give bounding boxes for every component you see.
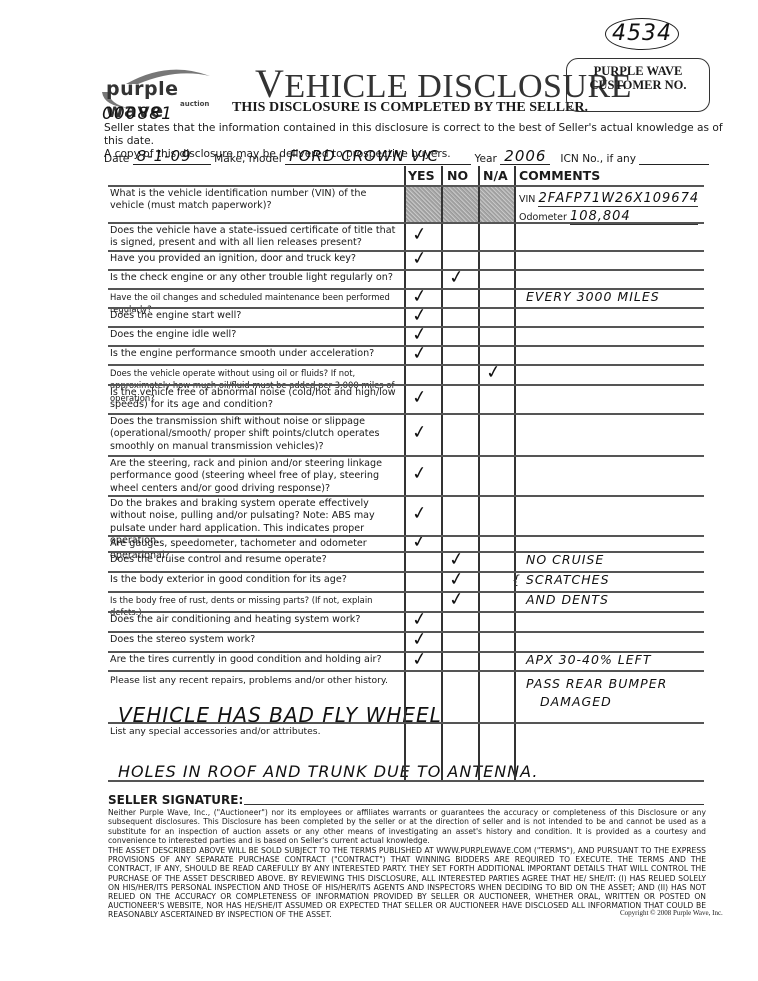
question-text: Are the steering, rack and pinion and/or… [110, 458, 400, 495]
row-divider [108, 670, 704, 672]
vehicle-info-line: Date 8-1-09 Make, model FORD CROWN VIC Y… [104, 150, 724, 168]
answer-cell-no[interactable] [441, 288, 478, 307]
row-divider [108, 345, 704, 347]
accessories-value[interactable]: HOLES IN ROOF AND TRUNK DUE TO ANTENNA. [118, 762, 538, 781]
question-text: Is the vehicle free of abnormal noise (c… [110, 387, 400, 412]
subtitle: THIS DISCLOSURE IS COMPLETED BY THE SELL… [232, 100, 588, 116]
row-divider [108, 571, 704, 573]
disclaimer-paragraph: Neither Purple Wave, Inc., ("Auctioneer"… [108, 808, 706, 845]
answer-cell-yes[interactable] [404, 222, 441, 250]
answer-cell-na[interactable] [478, 288, 514, 307]
answer-cell-no[interactable] [441, 345, 478, 364]
answer-cell-na[interactable] [478, 250, 514, 269]
row-divider [108, 326, 704, 328]
row-divider [108, 455, 704, 457]
row-divider [108, 413, 704, 415]
header-comments: COMMENTS [519, 168, 600, 185]
row-divider [108, 631, 704, 633]
answer-cell-yes[interactable] [404, 535, 441, 551]
answer-cell-no[interactable] [441, 384, 478, 413]
answer-cell-no[interactable] [441, 222, 478, 250]
date-field[interactable]: 8-1-09 [133, 150, 211, 165]
repairs-comment-line1: PASS REAR BUMPER [526, 676, 667, 691]
row-divider [108, 651, 704, 653]
row-divider [108, 722, 704, 724]
answer-cell-na[interactable] [478, 631, 514, 651]
answer-cell-no[interactable] [441, 455, 478, 495]
row-divider [108, 288, 704, 290]
accessories-label: List any special accessories and/or attr… [110, 726, 400, 738]
answer-cell-no[interactable] [441, 495, 478, 535]
row-divider [108, 269, 704, 271]
icn-label: ICN No., if any [560, 153, 636, 165]
question-text: Does the engine idle well? [110, 329, 400, 341]
answer-cell-yes[interactable] [404, 495, 441, 535]
column-divider [478, 166, 480, 780]
answer-cell-yes[interactable] [404, 250, 441, 269]
answer-cell-na[interactable] [478, 591, 514, 611]
copyright: Copyright © 2008 Purple Wave, Inc. [620, 909, 723, 917]
answer-cell-na[interactable] [478, 455, 514, 495]
answer-cell-yes[interactable] [404, 455, 441, 495]
answer-cell-na[interactable] [478, 384, 514, 413]
comment-text[interactable]: { SCRATCHES [512, 572, 610, 587]
answer-cell-yes[interactable] [404, 364, 441, 384]
answer-cell-yes[interactable] [404, 651, 441, 670]
answer-cell-no[interactable] [441, 631, 478, 651]
answer-cell-na[interactable] [478, 326, 514, 345]
question-text: What is the vehicle identification numbe… [110, 188, 400, 213]
answer-cell-na[interactable] [478, 495, 514, 535]
question-text: Does the cruise control and resume opera… [110, 554, 400, 566]
question-text: Does the air conditioning and heating sy… [110, 614, 400, 626]
question-text: Does the stereo system work? [110, 634, 400, 646]
shaded-cells [405, 186, 514, 222]
year-field[interactable]: 2006 [500, 150, 550, 165]
column-divider [404, 166, 406, 780]
answer-cell-na[interactable] [478, 611, 514, 631]
repairs-label: Please list any recent repairs, problems… [110, 675, 400, 687]
answer-cell-na[interactable] [478, 651, 514, 670]
answer-cell-na[interactable] [478, 269, 514, 288]
question-text: Does the vehicle have a state-issued cer… [110, 225, 400, 250]
vin-field[interactable]: VIN 2FAFP71W26X109674 [519, 191, 698, 207]
answer-cell-yes[interactable] [404, 571, 441, 591]
answer-cell-no[interactable] [441, 413, 478, 455]
answer-cell-yes[interactable] [404, 413, 441, 455]
year-label: Year [474, 153, 496, 165]
answer-cell-na[interactable] [478, 413, 514, 455]
answer-cell-no[interactable] [441, 611, 478, 631]
header-yes: YES [408, 168, 435, 185]
column-divider [514, 166, 516, 780]
make-label: Make, model [214, 153, 282, 165]
answer-cell-no[interactable] [441, 326, 478, 345]
answer-cell-no[interactable] [441, 307, 478, 326]
terms-paragraph: THE ASSET DESCRIBED ABOVE WILL BE SOLD S… [108, 846, 706, 920]
row-divider [108, 495, 704, 497]
answer-cell-na[interactable] [478, 307, 514, 326]
answer-cell-na[interactable] [478, 364, 514, 384]
row-divider [108, 535, 704, 537]
logo-subtext: auction [180, 100, 209, 108]
icn-field[interactable] [639, 150, 709, 165]
question-text: Is the body exterior in good condition f… [110, 574, 400, 586]
comment-text[interactable]: NO CRUISE [526, 552, 604, 567]
answer-cell-na[interactable] [478, 571, 514, 591]
reference-number-handwritten: 000881 [102, 104, 173, 124]
make-model-field[interactable]: FORD CROWN VIC [285, 150, 471, 165]
customer-number-box[interactable]: PURPLE WAVECUSTOMER NO. [566, 58, 710, 112]
disclosure-table: YES NO N/A COMMENTS What is the vehicle … [108, 168, 704, 782]
answer-cell-no[interactable] [441, 591, 478, 611]
answer-cell-no[interactable] [441, 364, 478, 384]
question-text: Is the check engine or any other trouble… [110, 272, 400, 284]
header-na: N/A [483, 168, 508, 185]
comment-text[interactable]: APX 30-40% LEFT [526, 652, 652, 667]
row-divider [108, 611, 704, 613]
answer-cell-na[interactable] [478, 535, 514, 551]
customer-number-handwritten: 4534 [605, 18, 679, 50]
answer-cell-na[interactable] [478, 551, 514, 571]
column-divider [441, 166, 443, 780]
answer-cell-na[interactable] [478, 222, 514, 250]
answer-cell-no[interactable] [441, 269, 478, 288]
header-no: NO [447, 168, 468, 185]
customer-box-label: PURPLE WAVECUSTOMER NO. [567, 64, 709, 92]
purple-wave-logo: purple wave auction [98, 62, 218, 110]
row-divider [108, 364, 704, 366]
row-divider [108, 384, 704, 386]
question-text: Does the engine start well? [110, 310, 400, 322]
row-divider [108, 591, 704, 593]
row-divider [108, 307, 704, 309]
row-divider [108, 185, 704, 187]
comment-text[interactable]: EVERY 3000 MILES [526, 289, 660, 304]
row-divider [108, 551, 704, 553]
comment-text[interactable]: AND DENTS [526, 592, 609, 607]
date-label: Date [104, 153, 129, 165]
answer-cell-yes[interactable] [404, 551, 441, 571]
answer-cell-yes[interactable] [404, 384, 441, 413]
answer-cell-yes[interactable] [404, 345, 441, 364]
question-text: Have you provided an ignition, door and … [110, 253, 400, 265]
question-text: Is the engine performance smooth under a… [110, 348, 400, 360]
repairs-comment-line2: DAMAGED [540, 694, 612, 709]
row-divider [108, 780, 704, 782]
seller-signature-field[interactable]: SELLER SIGNATURE: [108, 793, 704, 807]
row-divider [108, 222, 704, 224]
answer-cell-no[interactable] [441, 651, 478, 670]
question-text: Does the transmission shift without nois… [110, 416, 400, 453]
question-text: Are the tires currently in good conditio… [110, 654, 400, 666]
row-divider [108, 250, 704, 252]
